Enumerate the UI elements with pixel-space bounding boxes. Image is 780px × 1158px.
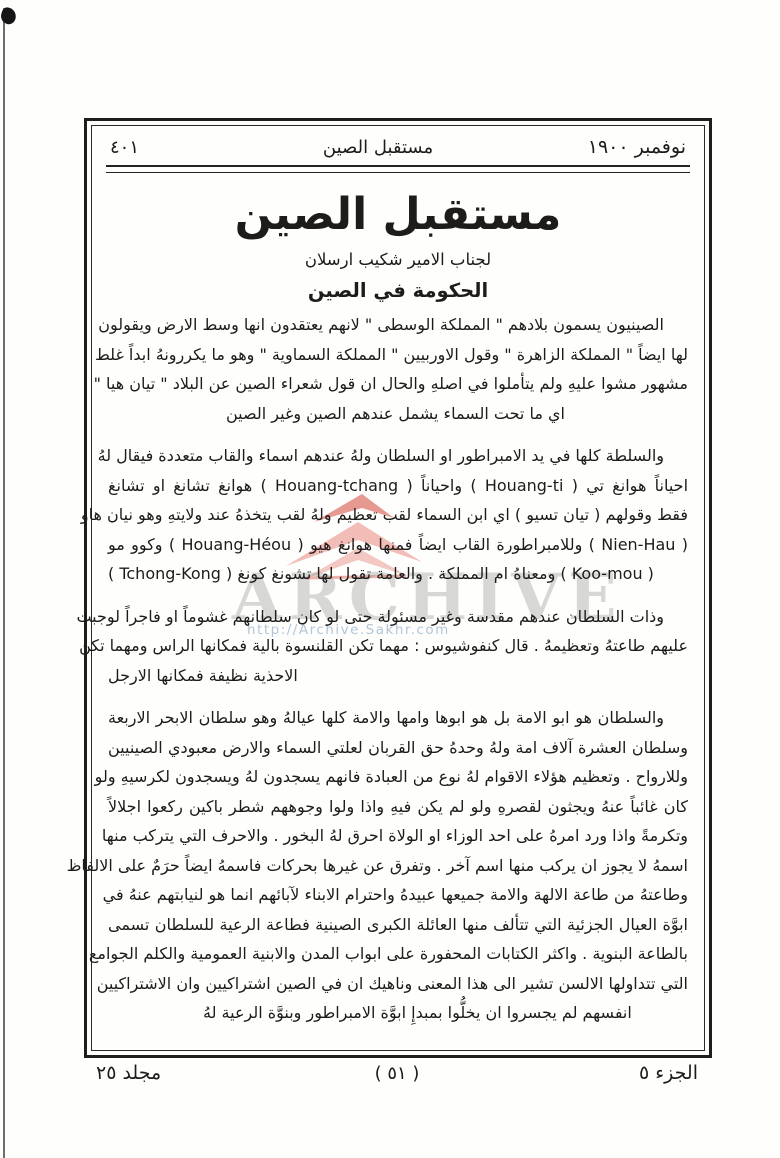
article-title: مستقبل الصين <box>104 189 692 240</box>
page-frame-inner: نوفمبر ١٩٠٠ مستقبل الصين ٤٠١ مستقبل الصي… <box>91 125 705 1051</box>
paragraph: وذات السلطان عندهم مقدسة وغير مسئولة حتى… <box>108 602 688 691</box>
text-line: احياناً هوانغ تي ( Houang-ti ) واحياناً … <box>108 471 688 501</box>
text-line: ابوَّة العيال الجزئية التي تتألف منها ال… <box>108 910 688 940</box>
page-footer: الجزء ٥ ( ٥١ ) مجلد ٢٥ <box>84 1062 712 1084</box>
page-content: نوفمبر ١٩٠٠ مستقبل الصين ٤٠١ مستقبل الصي… <box>92 126 704 1050</box>
text-line: وذات السلطان عندهم مقدسة وغير مسئولة حتى… <box>108 602 688 632</box>
section-heading: الحكومة في الصين <box>104 279 692 302</box>
scanned-journal-page: { "header": { "date": "نوفمبر ١٩٠٠", "ru… <box>0 0 780 1158</box>
text-line: ( Koo-mou ) ومعناهُ ام المملكة . والعامة… <box>108 559 688 589</box>
paragraph: والسلطان هو ابو الامة بل هو ابوها وامها … <box>108 703 688 1028</box>
page-header: نوفمبر ١٩٠٠ مستقبل الصين ٤٠١ <box>104 132 692 160</box>
header-divider <box>106 165 690 173</box>
text-line: والسلطان هو ابو الامة بل هو ابوها وامها … <box>108 703 688 733</box>
text-line: والسلطة كلها في يد الامبراطور او السلطان… <box>108 441 688 471</box>
article-body: الصينيون يسمون بلادهم " المملكة الوسطى "… <box>104 310 692 1028</box>
footer-volume-number: مجلد ٢٥ <box>84 1062 206 1084</box>
text-line: فقط وقولهم ( تيان تسيو ) اي ابن السماء ل… <box>108 500 688 530</box>
footer-part-number: الجزء ٥ <box>588 1062 712 1084</box>
text-line: وطاعتهُ من طاعة الالهة والامة جميعها عبي… <box>108 880 688 910</box>
footer-page-number: ( ٥١ ) <box>206 1063 588 1084</box>
header-running-title: مستقبل الصين <box>200 137 556 158</box>
text-line: ( Nien-Hau ) وللامبراطورة القاب ايضاً فم… <box>108 530 688 560</box>
text-line: بالطاعة البنوية . واكثر الكتابات المحفور… <box>108 939 688 969</box>
text-line: مشهور مشوا عليهِ ولم يتأملوا في اصلهِ وا… <box>108 369 688 399</box>
scan-edge-line <box>3 8 5 1158</box>
header-date: نوفمبر ١٩٠٠ <box>556 136 686 158</box>
paragraph: الصينيون يسمون بلادهم " المملكة الوسطى "… <box>108 310 688 428</box>
article-byline: لجناب الامير شكيب ارسلان <box>104 250 692 269</box>
paragraph: والسلطة كلها في يد الامبراطور او السلطان… <box>108 441 688 589</box>
text-line: وتكرمةً واذا ورد امرهُ على احد الوزاء او… <box>108 821 688 851</box>
header-page-number: ٤٠١ <box>110 137 200 158</box>
page-frame: نوفمبر ١٩٠٠ مستقبل الصين ٤٠١ مستقبل الصي… <box>84 118 712 1058</box>
text-line: وللارواح . وتعظيم هؤلاء الاقوام لهُ نوع … <box>108 762 688 792</box>
text-line: انفسهم لم يجسروا ان يخلُّوا بمبدإِ ابوَّ… <box>108 998 688 1028</box>
text-line: اسمهُ لا يجوز ان يركب منها اسم آخر . وتف… <box>108 851 688 881</box>
text-line: الصينيون يسمون بلادهم " المملكة الوسطى "… <box>108 310 688 340</box>
text-line: لها ايضاً " المملكة الزاهرة " وقول الاور… <box>108 340 688 370</box>
text-line: كان غائباً عنهُ ويجثون لقصرهِ ولو لم يكن… <box>108 792 688 822</box>
text-line: عليهم طاعتهُ وتعظيمهُ . قال كنفوشيوس : م… <box>108 631 688 661</box>
text-line: التي تتداولها الالسن تشير الى هذا المعنى… <box>108 969 688 999</box>
text-line: وسلطان العشرة آلاف امة ولهُ وحدهُ حق الق… <box>108 733 688 763</box>
text-line: الاحذية نظيفة فمكانها الارجل <box>108 661 688 691</box>
text-line: اي ما تحت السماء يشمل عندهم الصين وغير ا… <box>108 399 688 429</box>
